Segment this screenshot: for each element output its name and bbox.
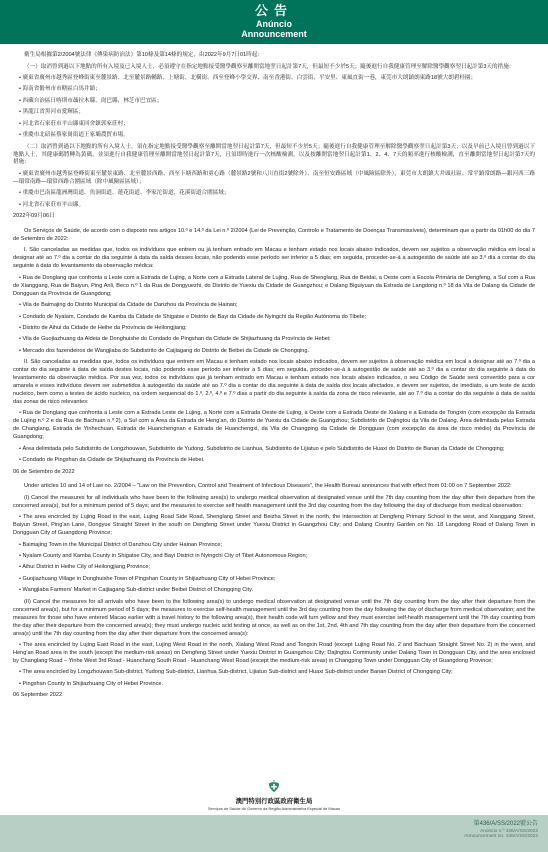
en-part1-bullet: Guojiazhuang Village in Donghuishe Town …: [13, 576, 535, 584]
section-chinese: 衛生局根據第2/2004號法律《傳染病防治法》第10條及第14條的規定，由202…: [13, 52, 535, 221]
en-part2-bullet: The area encircled by Longzhouwan Sub-di…: [13, 669, 535, 677]
zh-part2-bullet: 廣東省廣州市越秀區登峰街東至麓景東路、北至麓景西路、西至下塘西路和童心路（麓景路…: [13, 171, 535, 187]
health-bureau-logo-icon: [267, 779, 281, 798]
org-name-pt: Serviços de Saúde do Governo da Região A…: [0, 806, 548, 811]
page-title-pt: Anúncio: [0, 19, 548, 29]
zh-part1-bullet: 西藏自治區日喀則市聶拉木縣、崗巴縣，林芝市巴宜區；: [13, 98, 535, 106]
zh-part2-bullet: 重慶市巴南區龍洲灣街道、魚洞街道、蓮花街道、李家沱街道、花溪街道合圍區域；: [13, 190, 535, 198]
en-part1-bullet: Wangjiaba Farmers' Market in Caijiagang …: [13, 587, 535, 595]
zh-part1-lead: （一）取消曾到過以下地點的所有入境及已入境人士，必須遵守在指定地點接受醫學觀察至…: [13, 64, 535, 72]
pt-part2-bullet: Área delimitada pelo Subdistrito de Long…: [13, 446, 535, 454]
zh-part1-bullet: 黑龍江省黑河市愛輝區；: [13, 109, 535, 117]
zh-part2-bullet: 河北省石家莊市平山縣。: [13, 202, 535, 210]
pt-part2-lead: II. São canceladas as medidas que, todos…: [13, 359, 535, 407]
pt-part1-bullet: Mercado dos fazendeiros de Wangjiaba do …: [13, 348, 535, 356]
en-date: 06 September 2022: [13, 692, 535, 700]
en-intro-paragraph: Under articles 10 and 14 of Law no. 2/20…: [13, 483, 535, 491]
footer-band: 第436/A/SS/2022號公告 Anúncio n.º 436/A/SS/2…: [0, 815, 548, 852]
pt-part1-bullet: Vila de Baimajing do Distrito Municipal …: [13, 302, 535, 310]
en-part2-lead: (II) Cancel the measures for all arrival…: [13, 599, 535, 639]
page-title-en: Announcement: [0, 29, 548, 39]
zh-intro-paragraph: 衛生局根據第2/2004號法律《傳染病防治法》第10條及第14條的規定，由202…: [13, 52, 535, 60]
zh-part1-bullet: 海南省儋州市市轄區白馬井鎮；: [13, 86, 535, 94]
announcement-number-zh: 第436/A/SS/2022號公告: [0, 821, 538, 829]
section-portuguese: Os Serviços de Saúde, de acordo com o di…: [13, 228, 535, 476]
page-title-zh: 公告: [0, 4, 548, 19]
pt-part2-bullet: Rua de Donglang que confronta a Leste co…: [13, 410, 535, 442]
pt-part1-bullet: Distrito de Aihui da Cidade de Heihe da …: [13, 325, 535, 333]
announcement-number-en: Announcement no. 436/A/SS/2022: [0, 834, 538, 840]
en-part1-lead: (I) Cancel the measures for all individu…: [13, 495, 535, 511]
pt-intro-paragraph: Os Serviços de Saúde, de acordo com o di…: [13, 228, 535, 244]
document-body: 衛生局根據第2/2004號法律《傳染病防治法》第10條及第14條的規定，由202…: [0, 44, 548, 776]
zh-part1-bullet: 廣東省廣州市越秀區登峰街東至麓景路、北至麓景路輔路、上塘街、北橫街、西至登峰小學…: [13, 75, 535, 83]
en-part1-bullet: Nyalam County and Kamba County in Shigat…: [13, 553, 535, 561]
en-part2-bullet: The area encircled by Lujing East Road i…: [13, 642, 535, 666]
en-part1-bullet: The area encircled by Lujing Road in the…: [13, 514, 535, 538]
footer-org-block: 澳門特別行政區政府衛生局 Serviços de Saúde do Govern…: [0, 776, 548, 815]
pt-part1-bullet: Condado de Nyalam, Condado de Kamba da C…: [13, 314, 535, 322]
zh-date: 2022年09月06日: [13, 213, 535, 221]
pt-part1-lead: I. São canceladas as medidas que, todos …: [13, 247, 535, 271]
org-name-zh: 澳門特別行政區政府衛生局: [0, 798, 548, 806]
zh-part1-bullet: 重慶市北碚區蔡家崗街道王家壩農貿市場。: [13, 132, 535, 140]
pt-part2-bullet: Condado de Pingshan da Cidade de Shijiaz…: [13, 457, 535, 465]
section-english: Under articles 10 and 14 of Law no. 2/20…: [13, 483, 535, 700]
zh-part1-bullet: 河北省石家莊市平山縣東回舍鎮郭家莊村；: [13, 121, 535, 129]
header-band: 公告 Anúncio Announcement: [0, 0, 548, 44]
zh-part2-lead: （二）取消曾到過以下地點的所有入境人士，須在指定地點接受醫學觀察至離開當地翌日起…: [13, 144, 535, 168]
pt-part1-bullet: Vila de Guojiazhuang da Aldeia de Donghu…: [13, 336, 535, 344]
announcement-page: 公告 Anúncio Announcement 衛生局根據第2/2004號法律《…: [0, 0, 548, 852]
en-part1-bullet: Aihui District in Heihe City of Heilongj…: [13, 564, 535, 572]
en-part2-bullet: Pingshan County in Shijiazhuang City of …: [13, 681, 535, 689]
pt-part1-bullet: Rua de Donglang que confronta a Leste co…: [13, 275, 535, 299]
en-part1-bullet: Baimajing Town in the Municipal District…: [13, 542, 535, 550]
pt-date: 06 de Setembro de 2022: [13, 469, 535, 477]
